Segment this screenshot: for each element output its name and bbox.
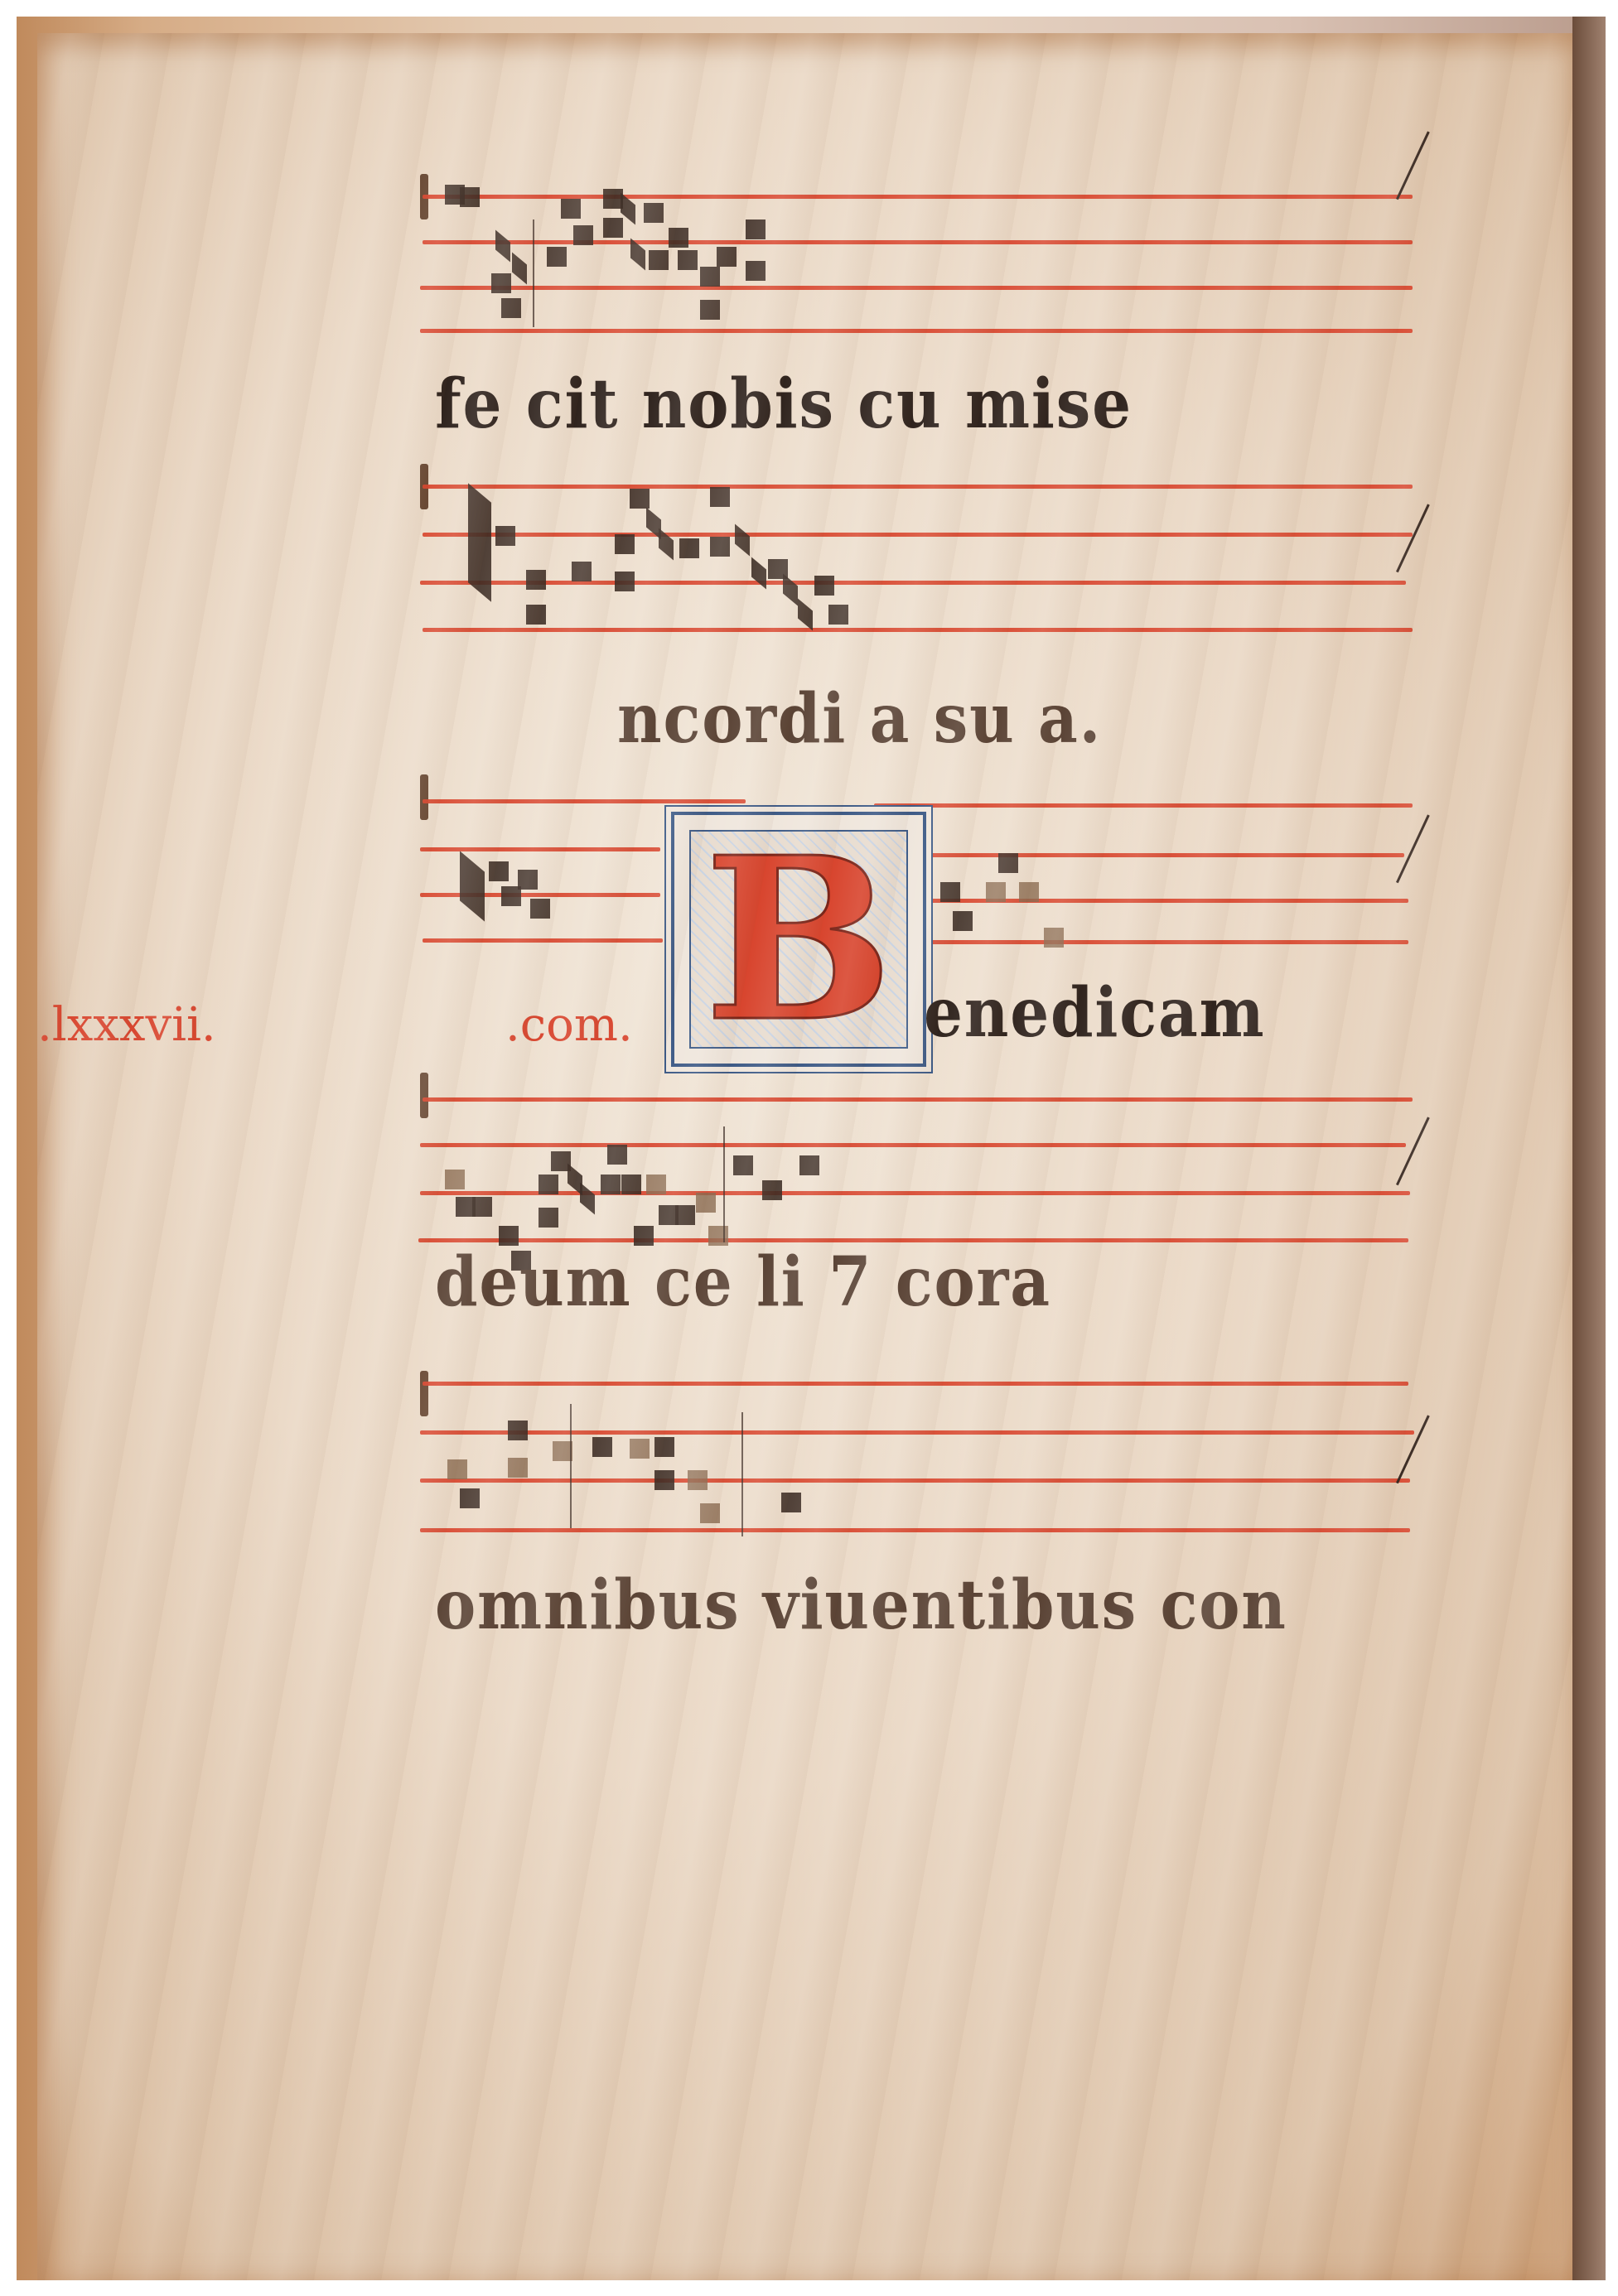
note-icon [512,252,527,284]
binding-edge [1572,17,1606,2280]
note-icon [700,1503,720,1523]
note-icon [460,1488,480,1508]
note-icon [495,526,515,546]
note-icon [700,300,720,320]
barline [570,1404,572,1528]
note-icon [700,267,720,287]
clef-icon [420,1073,428,1118]
staff-line [423,1097,1413,1102]
staff-line [874,803,1413,808]
note-icon [717,247,737,267]
note-icon [781,1493,801,1512]
note-icon [615,572,635,591]
note-icon [1044,928,1064,948]
note-icon [447,1459,467,1479]
note-icon [735,523,750,556]
note-icon [526,570,546,590]
note-icon [601,1175,621,1194]
staff-line [420,1191,1410,1195]
ligature-icon [460,851,485,921]
note-icon [986,882,1006,902]
staff-line [420,893,660,897]
note-icon [940,882,960,902]
staff-line [420,1430,1414,1435]
lyric-line-4: deum ce li 7 cora [435,1242,1051,1322]
note-icon [539,1208,558,1228]
barline [533,219,534,327]
clef-icon [420,1371,428,1416]
note-icon [526,605,546,625]
lyric-line-2: ncordi a su a. [617,679,1102,759]
note-icon [491,273,511,293]
note-icon [953,911,973,931]
note-icon [603,218,623,238]
note-icon [1019,882,1039,902]
note-icon [678,250,698,270]
custos-icon [1396,131,1430,200]
initial-letter: B [674,815,923,1064]
note-icon [518,870,538,890]
note-icon [561,199,581,219]
folio-number: .lxxxvii. [37,998,216,1052]
note-icon [489,861,509,881]
staff-line [423,799,746,803]
note-icon [654,1437,674,1457]
note-icon [654,1470,674,1490]
note-icon [688,1470,708,1490]
illuminated-initial: B [671,812,926,1067]
note-icon [814,576,834,596]
note-icon [828,605,848,625]
note-icon [445,1170,465,1189]
parchment-leaf: fe cit nobis cu mise [37,33,1586,2280]
note-icon [472,1197,492,1217]
custos-icon [1396,504,1430,572]
staff-line [420,329,1413,333]
note-icon [607,1145,627,1165]
note-icon [710,537,730,557]
lyric-line-5: omnibus viuentibus con [435,1565,1287,1645]
staff-line [420,286,1413,290]
custos-icon [1396,814,1430,883]
note-icon [572,562,592,581]
note-icon [799,1155,819,1175]
note-icon [998,853,1018,873]
staff-line [423,628,1413,632]
staff-line [420,1143,1406,1147]
note-icon [630,1439,650,1459]
staff-line [423,938,663,943]
staff-line [420,1528,1410,1532]
staff-line [420,1478,1410,1483]
note-icon [746,261,766,281]
note-icon [675,1205,695,1225]
note-icon [646,1175,666,1194]
barline [741,1412,743,1536]
note-icon [733,1155,753,1175]
note-icon [508,1458,528,1478]
note-icon [710,487,730,507]
staff-line [423,533,1413,537]
staff-line [423,485,1413,489]
note-icon [495,229,510,262]
lyric-line-1: fe cit nobis cu mise [435,364,1133,444]
note-icon [630,489,650,509]
note-icon [573,225,593,245]
lyric-line-3: enedicam [924,973,1265,1053]
note-icon [649,250,669,270]
note-icon [615,534,635,554]
staff-line [423,240,1413,244]
note-icon [530,899,550,919]
staff-line [423,1382,1408,1386]
rubric-com: .com. [505,998,633,1052]
custos-icon [1396,1117,1430,1185]
note-icon [783,573,798,605]
note-icon [580,1182,595,1214]
note-icon [644,203,664,223]
staff-line [874,853,1404,857]
note-icon [501,298,521,318]
staff-line [420,847,660,851]
note-icon [696,1193,716,1213]
note-icon [539,1175,558,1194]
staff-line [874,940,1408,944]
note-icon [679,538,699,558]
note-icon [746,219,766,239]
ligature-icon [468,483,491,601]
note-icon [669,228,688,248]
clef-icon [420,774,428,820]
custos-icon [1396,1415,1430,1483]
staff-line [420,581,1406,585]
note-icon [547,247,567,267]
manuscript-photo: fe cit nobis cu mise [17,17,1606,2280]
barline [723,1126,725,1242]
note-icon [592,1437,612,1457]
note-icon [762,1180,782,1200]
note-icon [460,187,480,207]
note-icon [621,1175,641,1194]
note-icon [508,1421,528,1440]
note-icon [798,598,813,630]
